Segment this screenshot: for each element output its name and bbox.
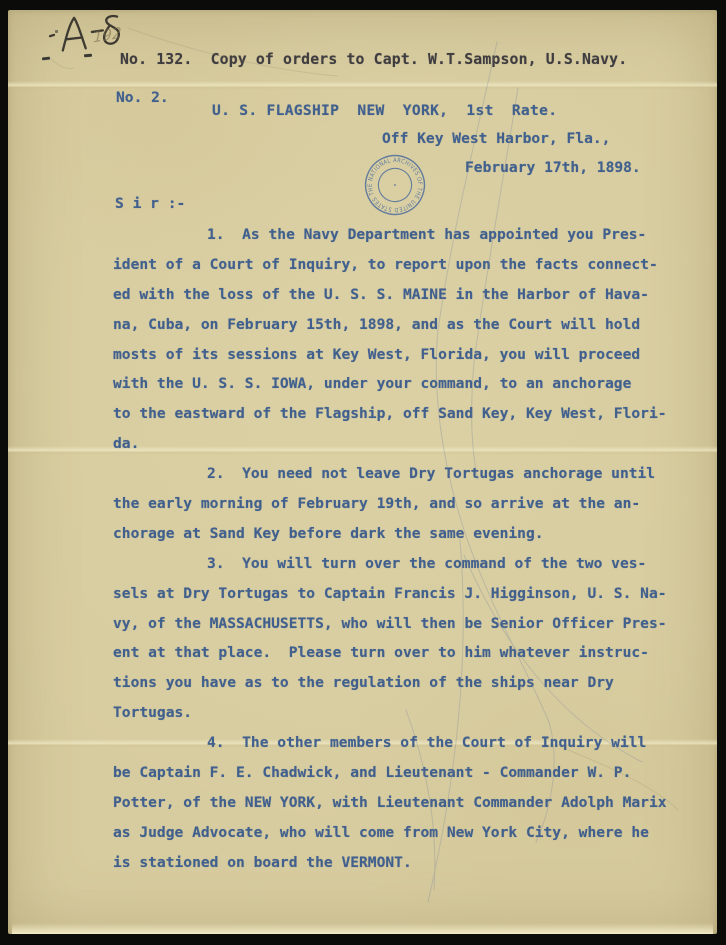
typewritten-line: ed with the loss of the U. S. S. MAINE i… xyxy=(113,280,698,310)
caption-line: No. 132. Copy of orders to Capt. W.T.Sam… xyxy=(120,51,627,68)
typewritten-line: Potter, of the NEW YORK, with Lieutenant… xyxy=(113,788,698,818)
letterhead-ship-line: U. S. FLAGSHIP NEW YORK, 1st Rate. xyxy=(212,102,557,119)
typewritten-line: 3. You will turn over the command of the… xyxy=(113,549,698,579)
typewritten-line: na, Cuba, on February 15th, 1898, and as… xyxy=(113,310,698,340)
ink-dash xyxy=(84,54,92,58)
typewritten-line: with the U. S. S. IOWA, under your comma… xyxy=(113,369,698,399)
typewritten-line: da. xyxy=(113,429,698,459)
typewritten-line: the early morning of February 19th, and … xyxy=(113,489,698,519)
typewritten-line: ident of a Court of Inquiry, to report u… xyxy=(113,250,698,280)
salutation: S i r :- xyxy=(115,195,185,212)
typewritten-line: 4. The other members of the Court of Inq… xyxy=(113,728,698,758)
typewritten-line: vy, of the MASSACHUSETTS, who will then … xyxy=(113,609,698,639)
typewritten-line: tions you have as to the regulation of t… xyxy=(113,668,698,698)
scanned-document-page: 192 No. 132. Copy of orders to Capt. W.T… xyxy=(0,0,726,945)
typewritten-line: sels at Dry Tortugas to Captain Francis … xyxy=(113,579,698,609)
date-line: February 17th, 1898. xyxy=(465,159,641,176)
fold-crease xyxy=(8,81,717,90)
place-line: Off Key West Harbor, Fla., xyxy=(382,130,610,147)
typewritten-line: chorage at Sand Key before dark the same… xyxy=(113,519,698,549)
letter-paper: 192 No. 132. Copy of orders to Capt. W.T… xyxy=(8,10,717,934)
typewritten-line: mosts of its sessions at Key West, Flori… xyxy=(113,340,698,370)
typewritten-line: ent at that place. Please turn over to h… xyxy=(113,638,698,668)
letter-body: 1. As the Navy Department has appointed … xyxy=(113,220,698,878)
typewritten-line: 1. As the Navy Department has appointed … xyxy=(113,220,698,250)
letter-number: No. 2. xyxy=(116,89,169,106)
national-archives-stamp: THE NATIONAL ARCHIVES OF THE UNITED STAT… xyxy=(364,154,426,216)
typewritten-line: as Judge Advocate, who will come from Ne… xyxy=(113,818,698,848)
ink-speck xyxy=(55,30,58,33)
typewritten-line: 2. You need not leave Dry Tortugas ancho… xyxy=(113,459,698,489)
typewritten-line: is stationed on board the VERMONT. xyxy=(113,848,698,878)
typewritten-line: be Captain F. E. Chadwick, and Lieutenan… xyxy=(113,758,698,788)
typewritten-line: Tortugas. xyxy=(113,698,698,728)
typewritten-line: to the eastward of the Flagship, off San… xyxy=(113,399,698,429)
ink-dash xyxy=(42,57,50,61)
